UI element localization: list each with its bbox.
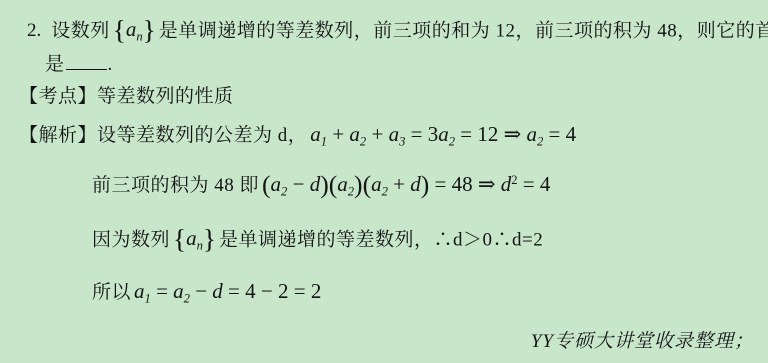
analysis-step-3: 因为数列{an}是单调递增的等差数列，∴d＞0∴d=2 [92,222,543,256]
analysis-step-1-text: 设等差数列的公差为 d， [97,125,307,146]
sequence-notation: {an} [113,13,156,47]
analysis-label: 【解析】 [19,125,97,146]
answer-line: 是. [45,52,113,77]
analysis-step-2-formula: (a2 − d)(a2)(a2 + d) = 48 ⇒ d2 = 4 [262,169,550,201]
exam-point-line: 【考点】等差数列的性质 [19,85,234,109]
problem-number: 2. [27,20,41,41]
analysis-step-2: 前三项的积为 48 即(a2 − d)(a2)(a2 + d) = 48 ⇒ d… [92,169,553,201]
answer-prefix: 是 [45,54,65,75]
problem-statement: 2.设数列{an}是单调递增的等差数列，前三项的和为 12，前三项的积为 48，… [27,13,768,47]
exam-point-label: 【考点】 [19,86,97,107]
answer-blank [66,52,107,70]
analysis-step-1-formula: a1 + a2 + a3 = 3a2 = 12 ⇒ a2 = 4 [310,121,576,147]
attribution-text: YY专硕大讲堂收录整理； [531,331,754,352]
exam-point-text: 等差数列的性质 [97,86,234,107]
analysis-step-2-text: 前三项的积为 48 即 [92,175,259,196]
analysis-step-3-text-2: 是单调递增的等差数列，∴d＞0∴d=2 [219,229,543,250]
problem-text-2: 是单调递增的等差数列，前三项的和为 12，前三项的积为 48，则它的首项 [159,20,768,41]
analysis-step-4-text: 所以 [92,282,131,303]
attribution-footer: YY专硕大讲堂收录整理； [531,330,754,354]
analysis-step-3-text-1: 因为数列 [92,229,170,250]
page: 2.设数列{an}是单调递增的等差数列，前三项的和为 12，前三项的积为 48，… [0,0,768,363]
problem-text-1: 设数列 [51,20,110,41]
answer-period: . [108,54,113,75]
analysis-step-1: 【解析】设等差数列的公差为 d，a1 + a2 + a3 = 3a2 = 12 … [19,121,579,148]
analysis-step-4: 所以a1 = a2 − d = 4 − 2 = 2 [92,278,324,305]
analysis-step-3-sequence: {an} [173,222,216,256]
analysis-step-4-formula: a1 = a2 − d = 4 − 2 = 2 [134,278,321,304]
